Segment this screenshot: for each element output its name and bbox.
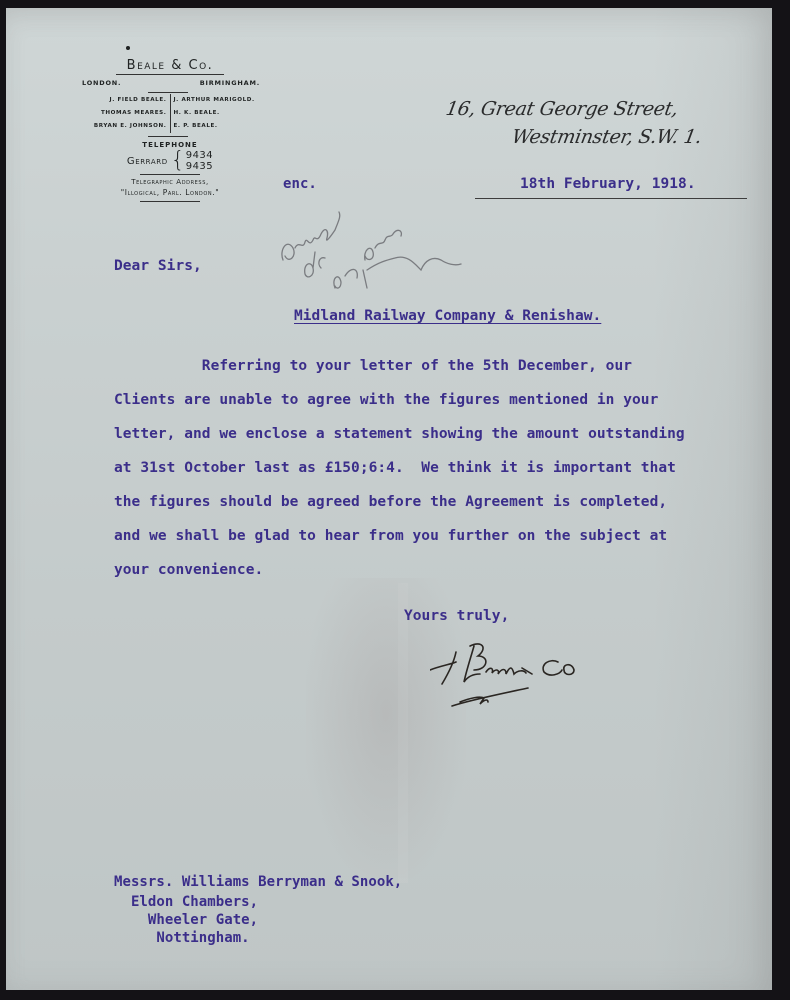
partners-right: J. ARTHUR MARIGOLD. H. K. BEALE. E. P. B… [171, 94, 273, 133]
body-line: Clients are unable to agree with the fig… [114, 392, 658, 408]
exchange-name: Gerrard [127, 156, 168, 167]
telephone-numbers: Gerrard { 9434 9435 [68, 150, 272, 172]
letterhead-dot [126, 46, 130, 50]
closing: Yours truly, [404, 608, 509, 624]
body-line: the figures should be agreed before the … [114, 494, 667, 510]
city-london: LONDON. [82, 79, 121, 87]
partner-name: J. FIELD BEALE. [68, 94, 167, 107]
paper-shading [652, 8, 772, 990]
phone-number: 9435 [186, 161, 213, 172]
recipient-line2: Eldon Chambers, [114, 894, 258, 910]
partners-left: J. FIELD BEALE. THOMAS MEARES. BRYAN E. … [68, 94, 171, 133]
partners-list: J. FIELD BEALE. THOMAS MEARES. BRYAN E. … [68, 93, 272, 133]
paper-fold [398, 583, 408, 883]
sender-address-line1: 16, Great George Street, [444, 98, 680, 120]
pencil-annotation [275, 190, 475, 290]
body-line: Referring to your letter of the 5th Dece… [114, 358, 632, 374]
partner-name: J. ARTHUR MARIGOLD. [174, 94, 273, 107]
body-line: letter, and we enclose a statement showi… [114, 426, 685, 442]
telegraphic-address: "Illogical, Parl. London." [68, 188, 272, 197]
partner-name: H. K. BEALE. [174, 107, 273, 120]
signature [430, 640, 600, 715]
recipient-line1: Messrs. Williams Berryman & Snook, [114, 874, 402, 890]
letterhead: Beale & Co. LONDON. BIRMINGHAM. J. FIELD… [68, 46, 272, 202]
body-line: your convenience. [114, 562, 263, 578]
city-birmingham: BIRMINGHAM. [200, 79, 260, 87]
recipient-line4: Nottingham. [114, 930, 250, 946]
brace-icon: { [171, 151, 185, 171]
sender-address-line2: Westminster, S.W. 1. [510, 126, 703, 148]
date-underline [475, 198, 747, 199]
divider [140, 174, 200, 175]
phone-number-list: 9434 9435 [186, 150, 213, 172]
divider [140, 201, 200, 202]
firm-name: Beale & Co. [68, 58, 272, 73]
recipient-line3: Wheeler Gate, [114, 912, 258, 928]
partner-name: BRYAN E. JOHNSON. [68, 120, 167, 133]
subject-line: Midland Railway Company & Renishaw. [294, 308, 601, 324]
partner-name: E. P. BEALE. [174, 120, 273, 133]
phone-number: 9434 [186, 150, 213, 161]
partner-name: THOMAS MEARES. [68, 107, 167, 120]
body-line: at 31st October last as £150;6:4. We thi… [114, 460, 676, 476]
salutation: Dear Sirs, [114, 258, 202, 274]
letter-date: 18th February, 1918. [520, 176, 696, 192]
telephone-label: TELEPHONE [68, 141, 272, 149]
body-line: and we shall be glad to hear from you fu… [114, 528, 667, 544]
firm-cities: LONDON. BIRMINGHAM. [68, 75, 272, 87]
telegraphic-label: Telegraphic Address, [68, 178, 272, 186]
